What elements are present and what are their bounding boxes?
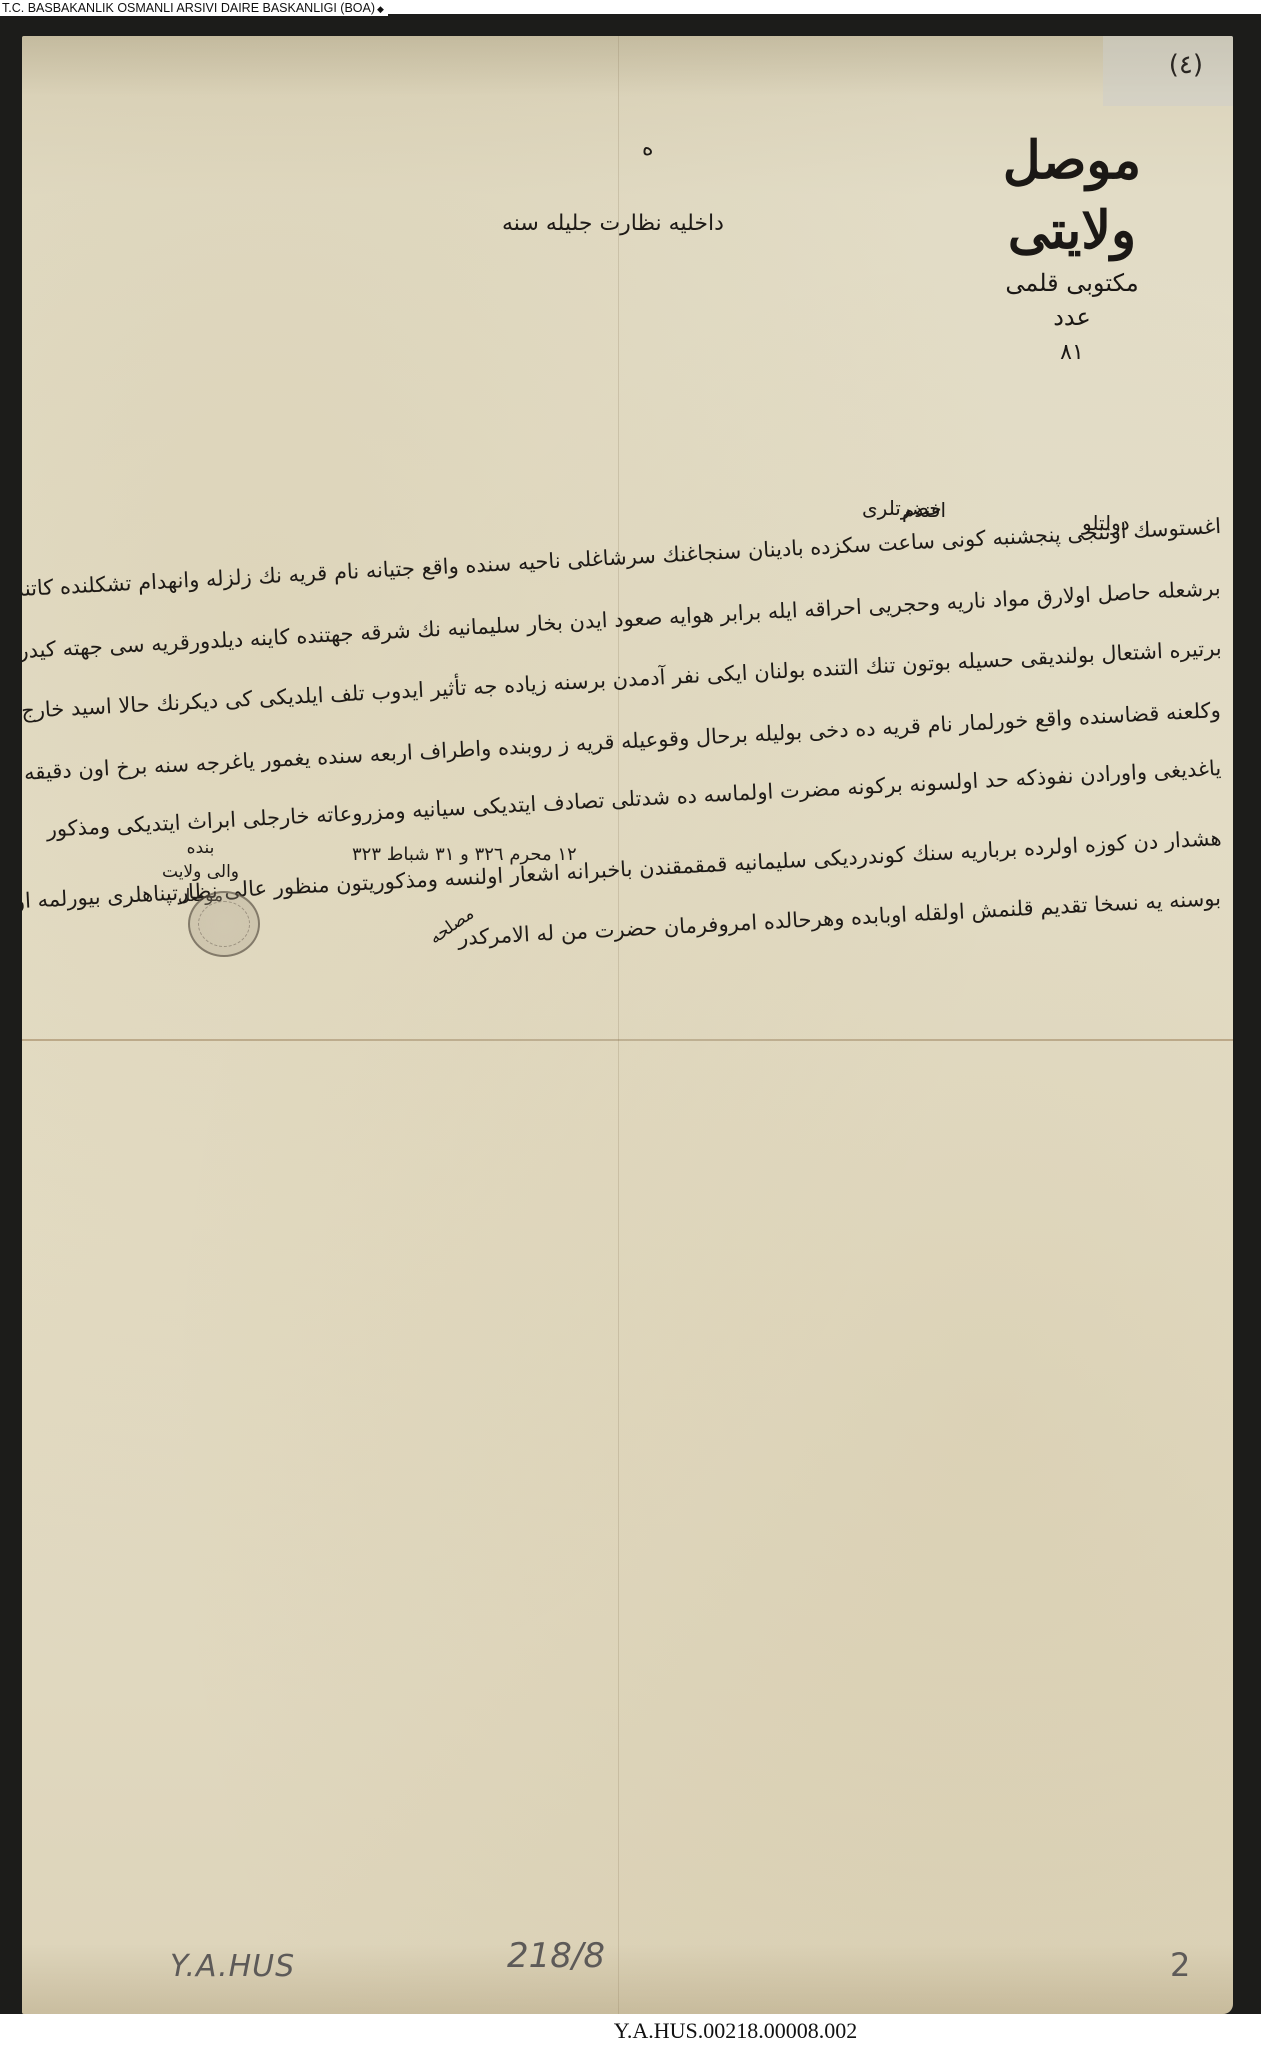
document-paper: (٤) موصل ولايتی مكتوبی قلمی عدد ٨١ ه داخ…	[22, 36, 1233, 2014]
pencil-collection-code: Y.A.HUS	[170, 1949, 295, 1984]
salutation-word-3: حضرتلری	[862, 496, 942, 520]
horizontal-fold-line	[22, 1039, 1233, 1041]
diamond-icon: ◆	[377, 4, 384, 14]
archive-reference: Y.A.HUS.00218.00008.002	[0, 2014, 1261, 2048]
archive-header-label: T.C. BASBAKANLIK OSMANLI ARSIVI DAIRE BA…	[2, 1, 375, 15]
document-date: ١٢ محرم ٣٢٦ و ٣١ شباط ٣٢٣	[352, 844, 577, 865]
body-line-7: بوسنه يه نسخا تقديم قلنمش اولقله اوبابده…	[458, 886, 1222, 950]
pencil-page-number: 2	[1170, 1946, 1190, 1984]
letterhead-number: ٨١	[942, 338, 1202, 368]
archive-header: T.C. BASBAKANLIK OSMANLI ARSIVI DAIRE BA…	[0, 0, 388, 16]
letterhead-province: موصل ولايتی	[942, 126, 1202, 266]
scan-frame: (٤) موصل ولايتی مكتوبی قلمی عدد ٨١ ه داخ…	[0, 14, 1261, 2014]
seal-stamp-icon	[188, 891, 260, 957]
top-mark: ه	[642, 136, 654, 161]
letterhead-bureau: مكتوبی قلمی	[942, 266, 1202, 300]
vertical-fold-line	[618, 36, 619, 2014]
page-marker: (٤)	[1169, 50, 1203, 80]
pencil-shelf-mark: 218/8	[507, 1936, 605, 1976]
letterhead: موصل ولايتی مكتوبی قلمی عدد ٨١	[942, 126, 1202, 368]
paper-top-discoloration	[22, 36, 1233, 96]
signature-title: بنده	[162, 836, 239, 860]
letterhead-number-label: عدد	[942, 300, 1202, 334]
address-line: داخليه نظارت جليله سنه	[502, 211, 724, 236]
signature-role: والی ولايت	[162, 860, 239, 884]
